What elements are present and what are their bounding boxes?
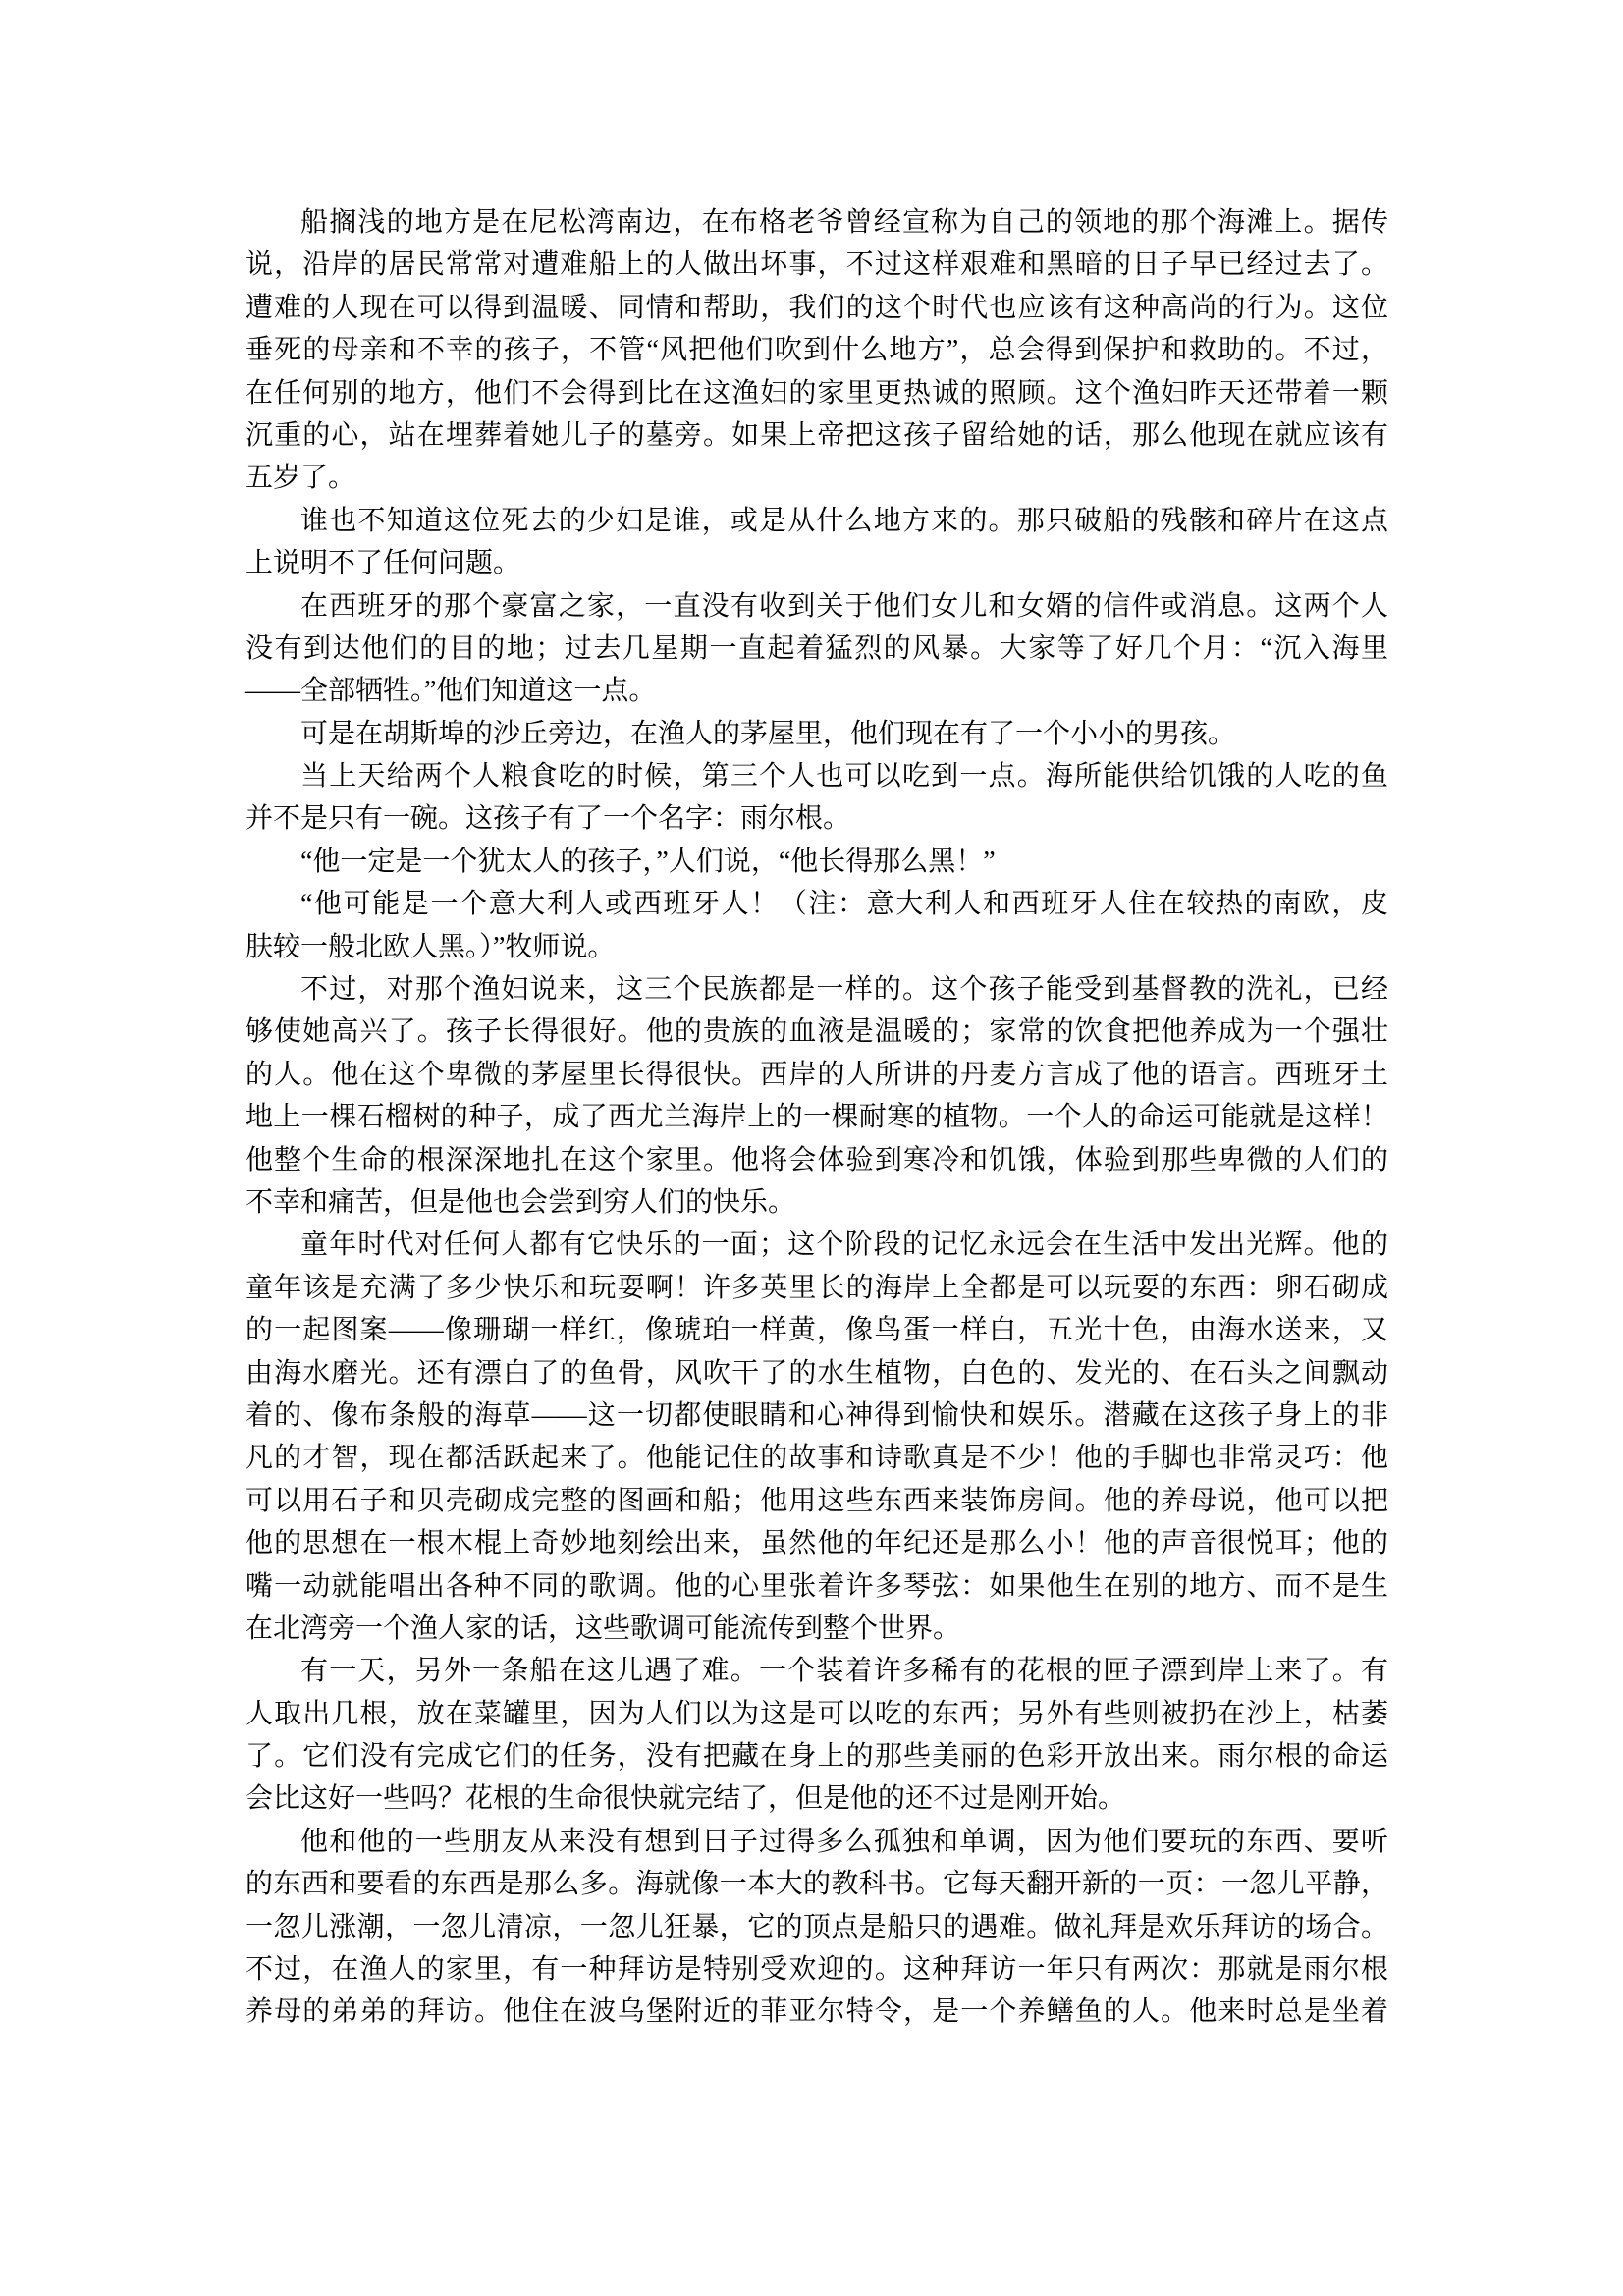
text-line: 谁也不知道这位死去的少妇是谁，或是从什么地方来的。那只破船的残骸和碎片在这点 <box>245 500 1388 542</box>
text-line: 没有到达他们的目的地；过去几星期一直起着猛烈的风暴。大家等了好几个月：“沉入海里 <box>245 628 1388 670</box>
text-line: 由海水磨光。还有漂白了的鱼骨，风吹干了的水生植物，白色的、发光的、在石头之间飘动 <box>245 1352 1388 1394</box>
text-line: 不过，在渔人的家里，有一种拜访是特别受欢迎的。这种拜访一年只有两次：那就是雨尔根 <box>245 1948 1388 1991</box>
text-line: 的东西和要看的东西是那么多。海就像一本大的教科书。它每天翻开新的一页：一忽儿平静… <box>245 1863 1388 1905</box>
document-page: 船搁浅的地方是在尼松湾南边，在布格老爷曾经宣称为自己的领地的那个海滩上。据传说，… <box>0 0 1623 2296</box>
text-line: 并不是只有一碗。这孩子有了一个名字：雨尔根。 <box>245 797 1388 840</box>
text-line: 一忽儿涨潮，一忽儿清凉，一忽儿狂暴，它的顶点是船只的遇难。做礼拜是欢乐拜访的场合… <box>245 1906 1388 1948</box>
text-line: 当上天给两个人粮食吃的时候，第三个人也可以吃到一点。海所能供给饥饿的人吃的鱼 <box>245 755 1388 797</box>
text-line: 船搁浅的地方是在尼松湾南边，在布格老爷曾经宣称为自己的领地的那个海滩上。据传 <box>245 201 1388 244</box>
text-line: 不幸和痛苦，但是他也会尝到穷人们的快乐。 <box>245 1181 1388 1224</box>
text-line: 五岁了。 <box>245 457 1388 499</box>
text-line: 说，沿岸的居民常常对遭难船上的人做出坏事，不过这样艰难和黑暗的日子早已经过去了。 <box>245 244 1388 286</box>
text-line: 童年时代对任何人都有它快乐的一面；这个阶段的记忆永远会在生活中发出光辉。他的 <box>245 1224 1388 1266</box>
text-line: 嘴一动就能唱出各种不同的歌调。他的心里张着许多琴弦：如果他生在别的地方、而不是生 <box>245 1565 1388 1608</box>
text-line: 不过，对那个渔妇说来，这三个民族都是一样的。这个孩子能受到基督教的洗礼，已经 <box>245 968 1388 1011</box>
text-line: 养母的弟弟的拜访。他住在波乌堡附近的菲亚尔特令，是一个养鳝鱼的人。他来时总是坐着 <box>245 1991 1388 2033</box>
text-line: 的人。他在这个卑微的茅屋里长得很快。西岸的人所讲的丹麦方言成了他的语言。西班牙土 <box>245 1054 1388 1096</box>
text-line: 地上一棵石榴树的种子，成了西尤兰海岸上的一棵耐寒的植物。一个人的命运可能就是这样… <box>245 1096 1388 1138</box>
text-line: 他和他的一些朋友从来没有想到日子过得多么孤独和单调，因为他们要玩的东西、要听 <box>245 1821 1388 1863</box>
text-line: 了。它们没有完成它们的任务，没有把藏在身上的那些美丽的色彩开放出来。雨尔根的命运 <box>245 1735 1388 1777</box>
text-line: 他整个生命的根深深地扎在这个家里。他将会体验到寒冷和饥饿，体验到那些卑微的人们的 <box>245 1139 1388 1181</box>
text-line: 在北湾旁一个渔人家的话，这些歌调可能流传到整个世界。 <box>245 1608 1388 1650</box>
text-line: 的一起图案——像珊瑚一样红，像琥珀一样黄，像鸟蛋一样白，五光十色，由海水送来，又 <box>245 1309 1388 1351</box>
text-line: ——全部牺牲。”他们知道这一点。 <box>245 670 1388 712</box>
text-line: 沉重的心，站在埋葬着她儿子的墓旁。如果上帝把这孩子留给她的话，那么他现在就应该有 <box>245 414 1388 457</box>
text-line: 可是在胡斯埠的沙丘旁边，在渔人的茅屋里，他们现在有了一个小小的男孩。 <box>245 713 1388 755</box>
text-line: 够使她高兴了。孩子长得很好。他的贵族的血液是温暖的；家常的饮食把他养成为一个强壮 <box>245 1011 1388 1053</box>
text-line: 人取出几根，放在菜罐里，因为人们以为这是可以吃的东西；另外有些则被扔在沙上，枯萎 <box>245 1693 1388 1735</box>
text-line: 遭难的人现在可以得到温暖、同情和帮助，我们的这个时代也应该有这种高尚的行为。这位 <box>245 287 1388 329</box>
text-line: 着的、像布条般的海草——这一切都使眼睛和心神得到愉快和娱乐。潜藏在这孩子身上的非 <box>245 1394 1388 1437</box>
text-line: 可以用石子和贝壳砌成完整的图画和船；他用这些东西来装饰房间。他的养母说，他可以把 <box>245 1480 1388 1522</box>
text-line: 肤较一般北欧人黑。）”牧师说。 <box>245 926 1388 968</box>
text-line: 童年该是充满了多少快乐和玩耍啊！许多英里长的海岸上全都是可以玩耍的东西：卵石砌成 <box>245 1267 1388 1309</box>
text-line: 在任何别的地方，他们不会得到比在这渔妇的家里更热诚的照顾。这个渔妇昨天还带着一颗 <box>245 372 1388 414</box>
text-line: 在西班牙的那个豪富之家，一直没有收到关于他们女儿和女婿的信件或消息。这两个人 <box>245 585 1388 628</box>
text-line: 垂死的母亲和不幸的孩子，不管“风把他们吹到什么地方”，总会得到保护和救助的。不过… <box>245 329 1388 371</box>
document-text: 船搁浅的地方是在尼松湾南边，在布格老爷曾经宣称为自己的领地的那个海滩上。据传说，… <box>245 201 1388 2034</box>
text-line: 有一天，另外一条船在这儿遇了难。一个装着许多稀有的花根的匣子漂到岸上来了。有 <box>245 1650 1388 1692</box>
text-line: 他的思想在一根木棍上奇妙地刻绘出来，虽然他的年纪还是那么小！他的声音很悦耳；他的 <box>245 1522 1388 1564</box>
text-line: 会比这好一些吗？花根的生命很快就完结了，但是他的还不过是刚开始。 <box>245 1777 1388 1820</box>
text-line: 凡的才智，现在都活跃起来了。他能记住的故事和诗歌真是不少！他的手脚也非常灵巧：他 <box>245 1437 1388 1479</box>
text-line: 上说明不了任何问题。 <box>245 542 1388 584</box>
text-line: “他可能是一个意大利人或西班牙人！（注：意大利人和西班牙人住在较热的南欧，皮 <box>245 883 1388 925</box>
text-line: “他一定是一个犹太人的孩子，”人们说，“他长得那么黑！” <box>245 841 1388 883</box>
